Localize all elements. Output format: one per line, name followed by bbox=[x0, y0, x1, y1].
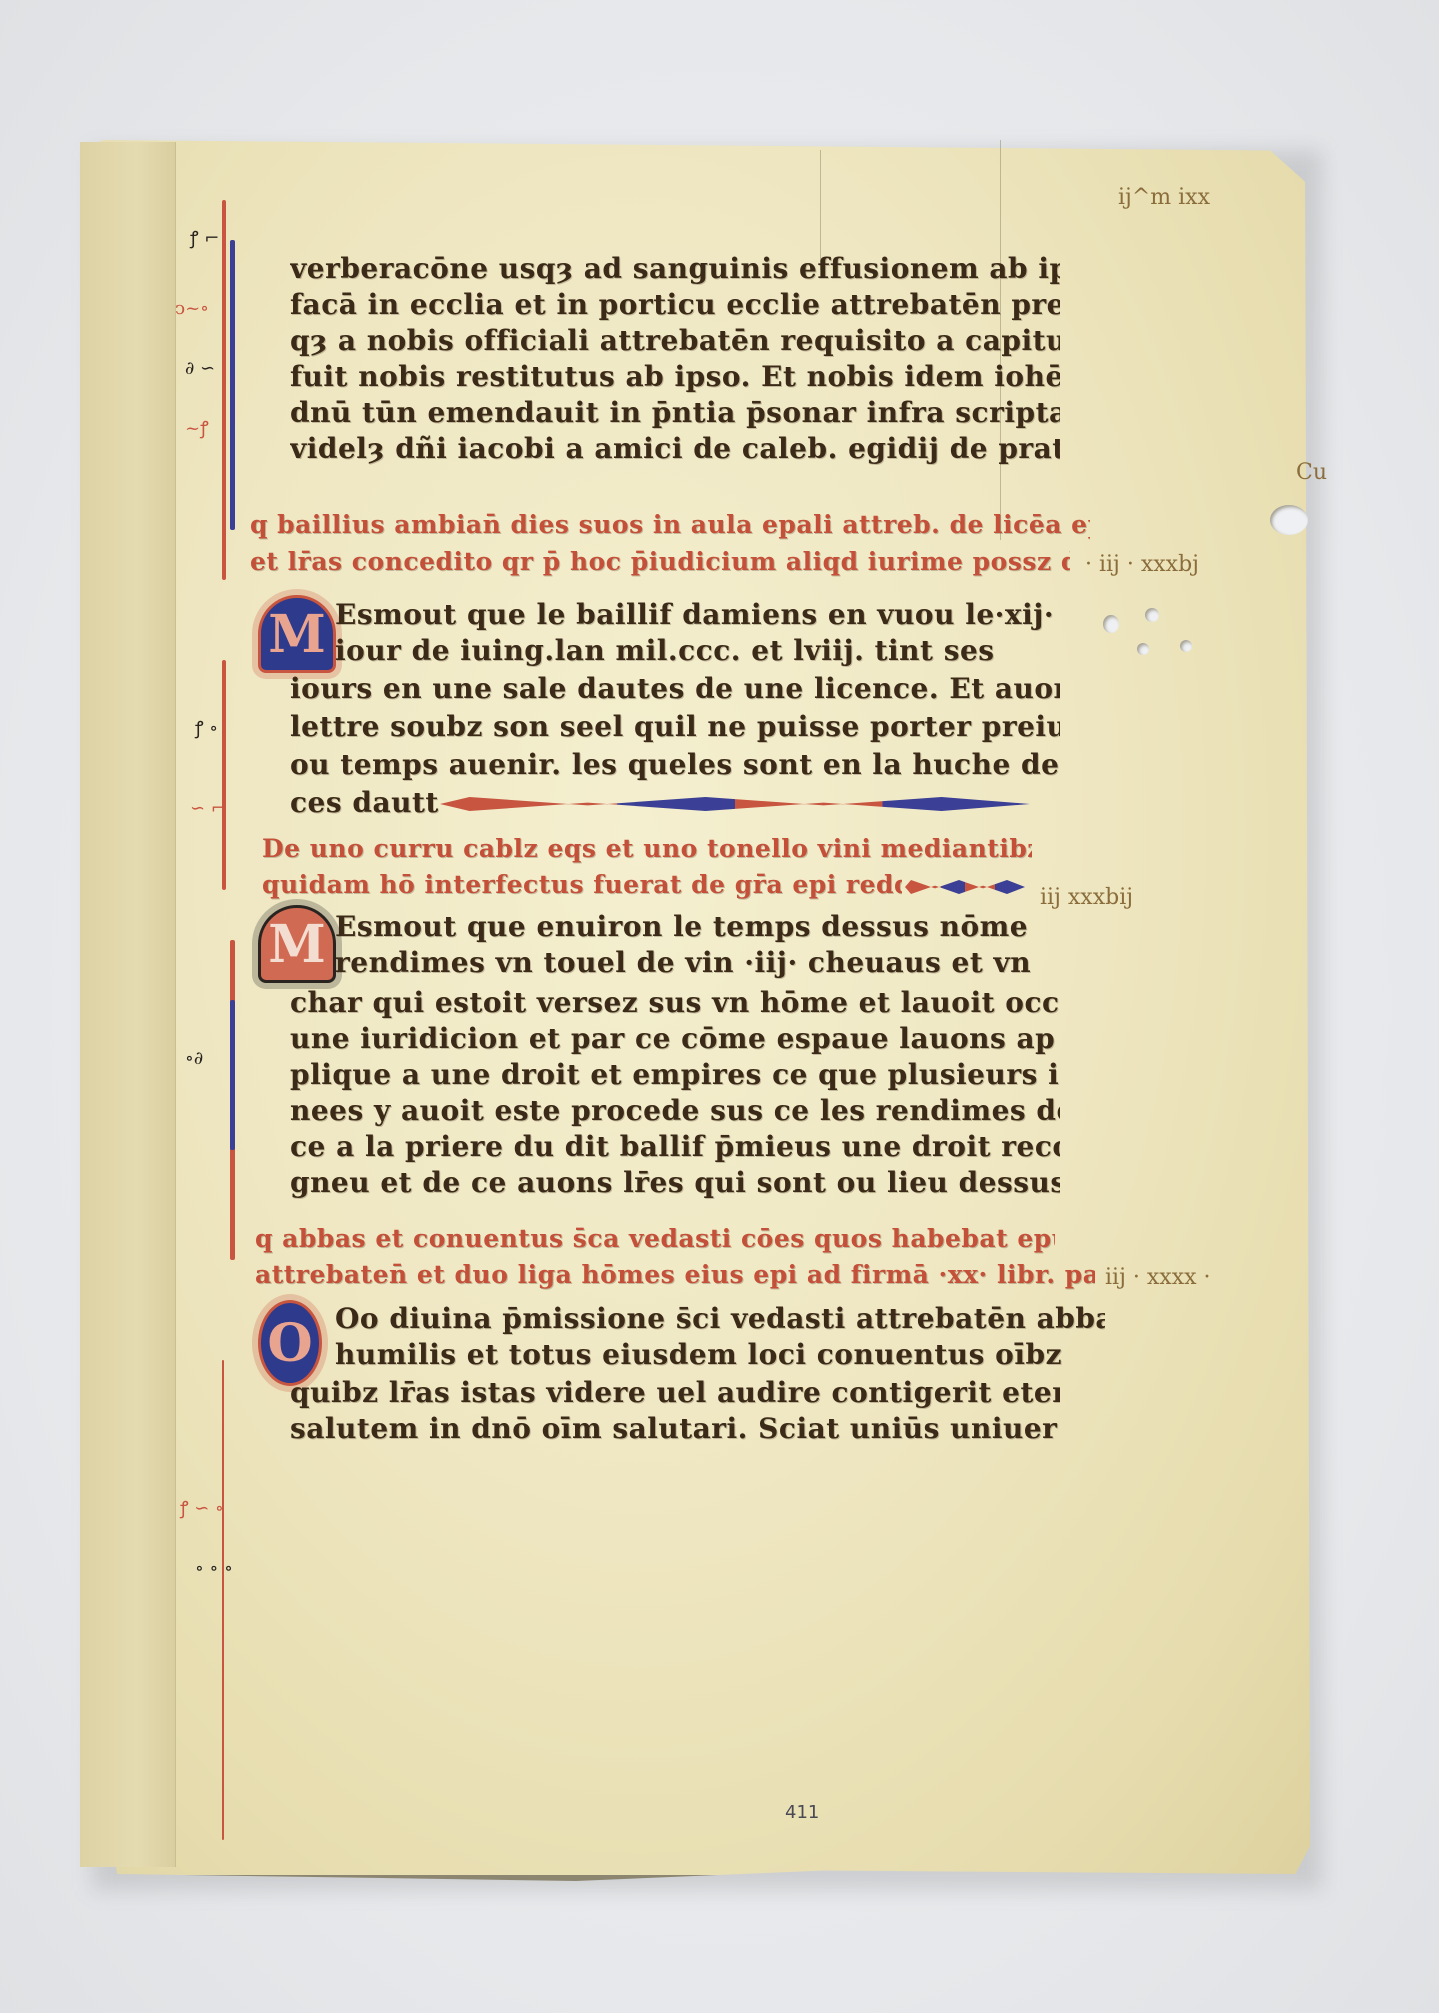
text-line: facā in ecclia et in porticu ecclie attr… bbox=[290, 288, 1060, 322]
text-line: ces dauttes. bbox=[290, 786, 440, 820]
text-line: Esmout que enuiron le temps dessus nōme bbox=[335, 910, 1105, 944]
text-line: nees y auoit este procede sus ce les ren… bbox=[290, 1094, 1060, 1128]
text-line: iours en une sale dautes de une licence.… bbox=[290, 672, 1060, 706]
rubric-line: quidam hō interfectus fuerat de gr̄a epi… bbox=[262, 868, 902, 902]
text-line: fuit nobis restitutus ab ipso. Et nobis … bbox=[290, 360, 1060, 394]
rubric-line: q abbas et conuentus s̄ca vedasti cōes q… bbox=[255, 1222, 1055, 1256]
border-red-stroke bbox=[222, 660, 226, 890]
border-blue-bar bbox=[230, 1000, 235, 1150]
text-line: quibz lr̄as istas videre uel audire cont… bbox=[290, 1376, 1060, 1410]
text-line: gneu et de ce auons lr̄es qui sont ou li… bbox=[290, 1166, 1060, 1200]
damage-hole bbox=[1180, 640, 1192, 652]
text-line: plique a une droit et empires ce que plu… bbox=[290, 1058, 1060, 1092]
pen-flourish: ∘∂ bbox=[185, 1050, 203, 1068]
pen-flourish: ∽ ⌐ bbox=[190, 800, 226, 818]
rubric-line: De uno curru cablz eqs et uno tonello vi… bbox=[262, 832, 1032, 866]
text-line: une iuridicion et par ce cōme espaue lau… bbox=[290, 1022, 1060, 1056]
rubric-line: q baillius ambian̄ dies suos in aula epa… bbox=[250, 508, 1090, 542]
text-line: iour de iuing.lan mil.ccc. et lviij. tin… bbox=[335, 634, 1105, 668]
text-line: videlȝ dñi iacobi a amici de caleb. egid… bbox=[290, 432, 1060, 466]
margin-note: · iij · xxxbj bbox=[1085, 552, 1199, 577]
border-red-stroke bbox=[222, 200, 226, 580]
pencil-folio-number: 411 bbox=[785, 1802, 819, 1823]
border-red-tendril bbox=[222, 1360, 224, 1840]
damage-hole bbox=[1103, 615, 1119, 633]
text-line: qȝ a nobis officiali attrebatēn requisit… bbox=[290, 324, 1060, 358]
text-line: ce a la priere du dit ballif p̄mieus une… bbox=[290, 1130, 1060, 1164]
margin-note: Cu bbox=[1296, 460, 1327, 485]
text-line: dnū tūn emendauit in p̄ntia p̄sonar infr… bbox=[290, 396, 1060, 430]
margin-note: iij xxxbij bbox=[1040, 885, 1133, 910]
pen-flourish: ∂ ∽ bbox=[185, 360, 215, 378]
rubric-line: et lr̄as concedito qr p̄ hoc p̄iudicium … bbox=[250, 545, 1070, 579]
illuminated-initial: M bbox=[258, 595, 336, 673]
illuminated-initial: O bbox=[258, 1300, 322, 1386]
damage-hole bbox=[1270, 505, 1308, 535]
border-blue-bar bbox=[230, 240, 235, 530]
pen-flourish: ~ꝭ bbox=[185, 420, 209, 438]
pen-flourish: ꝭ ∽ ∘ bbox=[180, 1500, 224, 1518]
text-line: lettre soubz son seel quil ne puisse por… bbox=[290, 710, 1060, 744]
rubric-line: attrebaten̄ et duo liga hōmes eius epi a… bbox=[255, 1258, 1095, 1292]
text-line: rendimes vn touel de vin ·iij· cheuaus e… bbox=[335, 946, 1105, 980]
binding-stub bbox=[80, 142, 176, 1867]
margin-note: iij · xxxx · bbox=[1105, 1265, 1211, 1290]
pen-flourish: ∘ ∘ ∘ bbox=[195, 1560, 233, 1578]
damage-hole bbox=[1137, 643, 1149, 655]
text-line: salutem in dnō oīm salutari. Sciat uniūs… bbox=[290, 1412, 1060, 1446]
pen-flourish: ꝭ ∘ bbox=[195, 720, 218, 738]
text-line: char qui estoit versez sus vn hōme et la… bbox=[290, 986, 1060, 1020]
damage-hole bbox=[1145, 608, 1159, 622]
text-line: humilis et totus eiusdem loci conuentus … bbox=[335, 1338, 1105, 1372]
margin-note: ij^m ixx bbox=[1118, 185, 1210, 210]
text-line: verberacōne usqȝ ad sanguinis effusionem… bbox=[290, 252, 1060, 286]
text-line: Esmout que le baillif damiens en vuou le… bbox=[335, 598, 1105, 632]
text-line: Oo diuina p̄missione s̄ci vedasti attreb… bbox=[335, 1302, 1105, 1336]
pen-flourish: ꝭ ⌐ bbox=[190, 230, 219, 248]
text-line: ou temps auenir. les queles sont en la h… bbox=[290, 748, 1060, 782]
pen-flourish: ↄ~∘ bbox=[175, 300, 209, 318]
illuminated-initial: M bbox=[258, 905, 336, 983]
